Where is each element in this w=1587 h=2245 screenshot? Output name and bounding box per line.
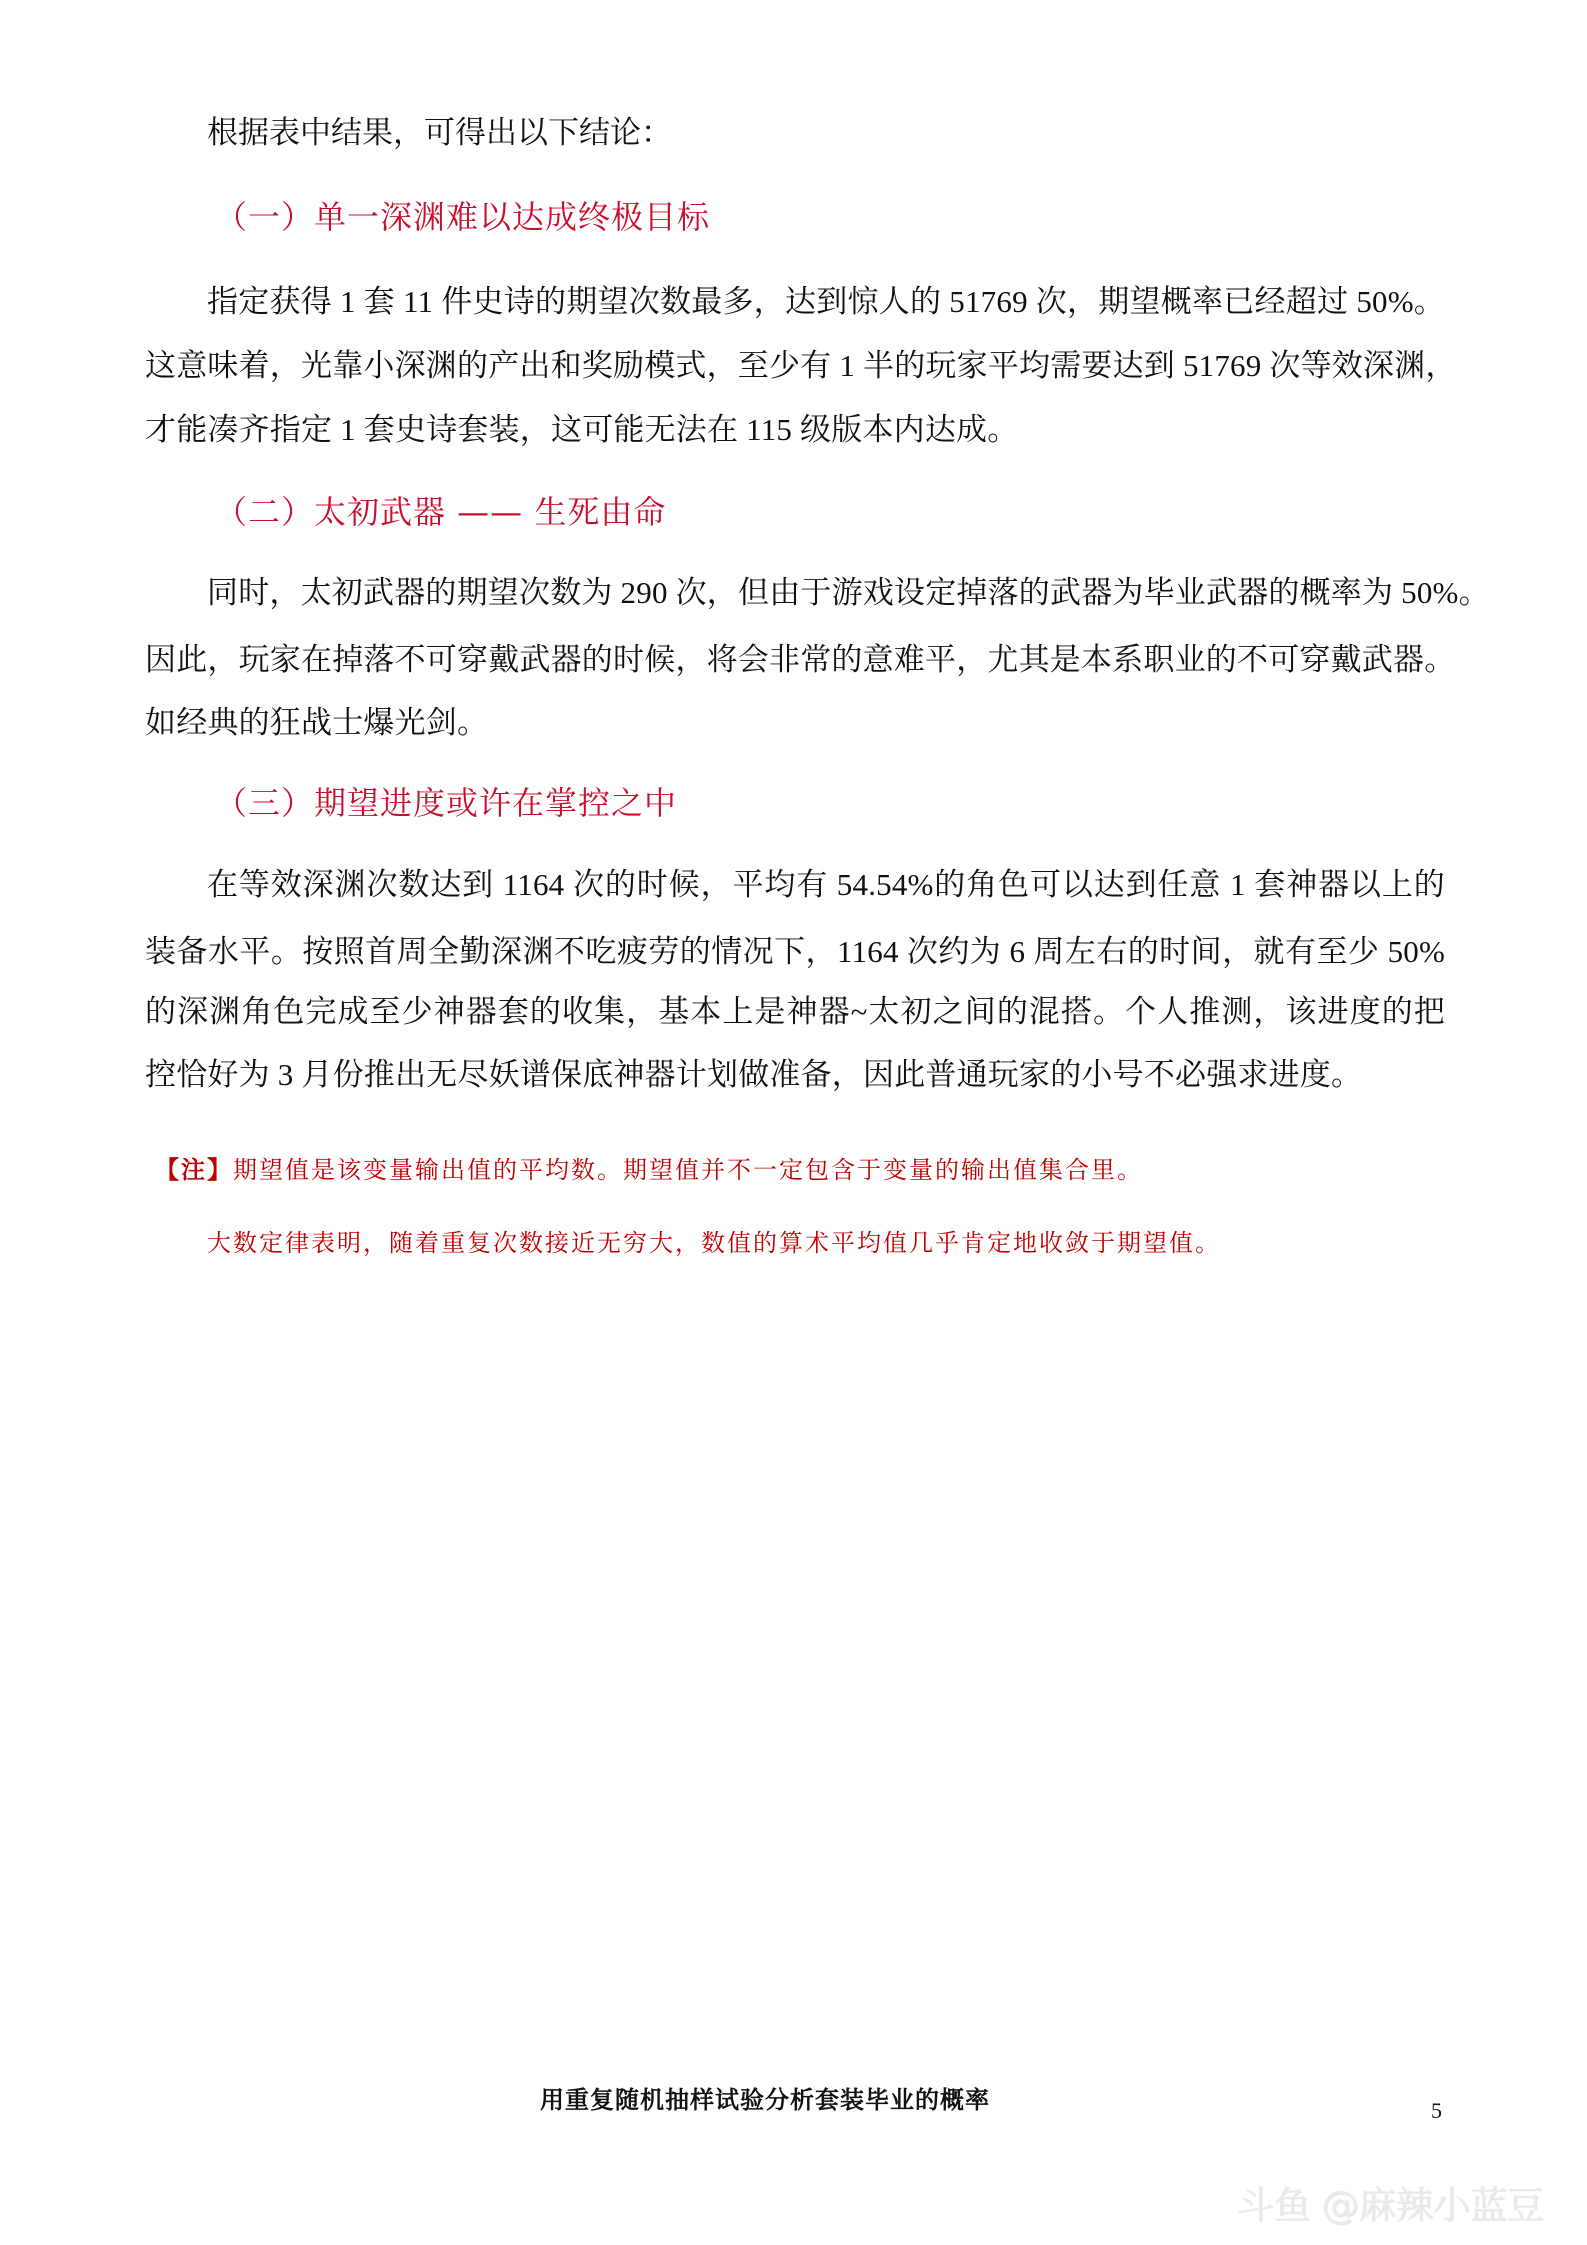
section-2-line-1: 同时，太初武器的期望次数为 290 次，但由于游戏设定掉落的武器为毕业武器的概率… <box>207 573 1445 613</box>
section-3-line-3: 的深渊角色完成至少神器套的收集，基本上是神器~太初之间的混搭。个人推测，该进度的… <box>145 992 1445 1032</box>
section-3-line-2: 装备水平。按照首周全勤深渊不吃疲劳的情况下，1164 次约为 6 周左右的时间，… <box>145 932 1445 972</box>
section-1-line-3: 才能凑齐指定 1 套史诗套装，这可能无法在 115 级版本内达成。 <box>145 410 1445 450</box>
watermark: 斗鱼 @麻辣小蓝豆 <box>1236 2183 1543 2227</box>
document-page: 根据表中结果，可得出以下结论： （一）单一深渊难以达成终极目标 指定获得 1 套… <box>0 0 1587 2245</box>
section-2-line-2: 因此，玩家在掉落不可穿戴武器的时候，将会非常的意难平，尤其是本系职业的不可穿戴武… <box>145 640 1445 680</box>
note-label: 【注】 <box>155 1155 233 1184</box>
section-heading-1: （一）单一深渊难以达成终极目标 <box>215 197 710 237</box>
section-2-line-3: 如经典的狂战士爆光剑。 <box>145 703 1445 743</box>
section-1-line-2: 这意味着，光靠小深渊的产出和奖励模式，至少有 1 半的玩家平均需要达到 5176… <box>145 346 1445 386</box>
note-line-2: 大数定律表明，随着重复次数接近无穷大，数值的算术平均值几乎肯定地收敛于期望值。 <box>207 1226 1221 1260</box>
section-1-line-1: 指定获得 1 套 11 件史诗的期望次数最多，达到惊人的 51769 次，期望概… <box>207 282 1445 322</box>
section-3-line-4: 控恰好为 3 月份推出无尽妖谱保底神器计划做准备，因此普通玩家的小号不必强求进度… <box>145 1055 1445 1095</box>
section-heading-2: （二）太初武器 —— 生死由命 <box>215 492 666 532</box>
section-heading-3: （三）期望进度或许在掌控之中 <box>215 783 677 823</box>
note-text-1: 期望值是该变量输出值的平均数。期望值并不一定包含于变量的输出值集合里。 <box>233 1156 1143 1184</box>
note-line-1: 【注】期望值是该变量输出值的平均数。期望值并不一定包含于变量的输出值集合里。 <box>155 1153 1143 1187</box>
intro-text: 根据表中结果，可得出以下结论： <box>207 113 672 153</box>
footer-title: 用重复随机抽样试验分析套装毕业的概率 <box>540 2085 980 2115</box>
section-3-line-1: 在等效深渊次数达到 1164 次的时候，平均有 54.54%的角色可以达到任意 … <box>207 865 1445 905</box>
page-number: 5 <box>1431 2097 1442 2125</box>
